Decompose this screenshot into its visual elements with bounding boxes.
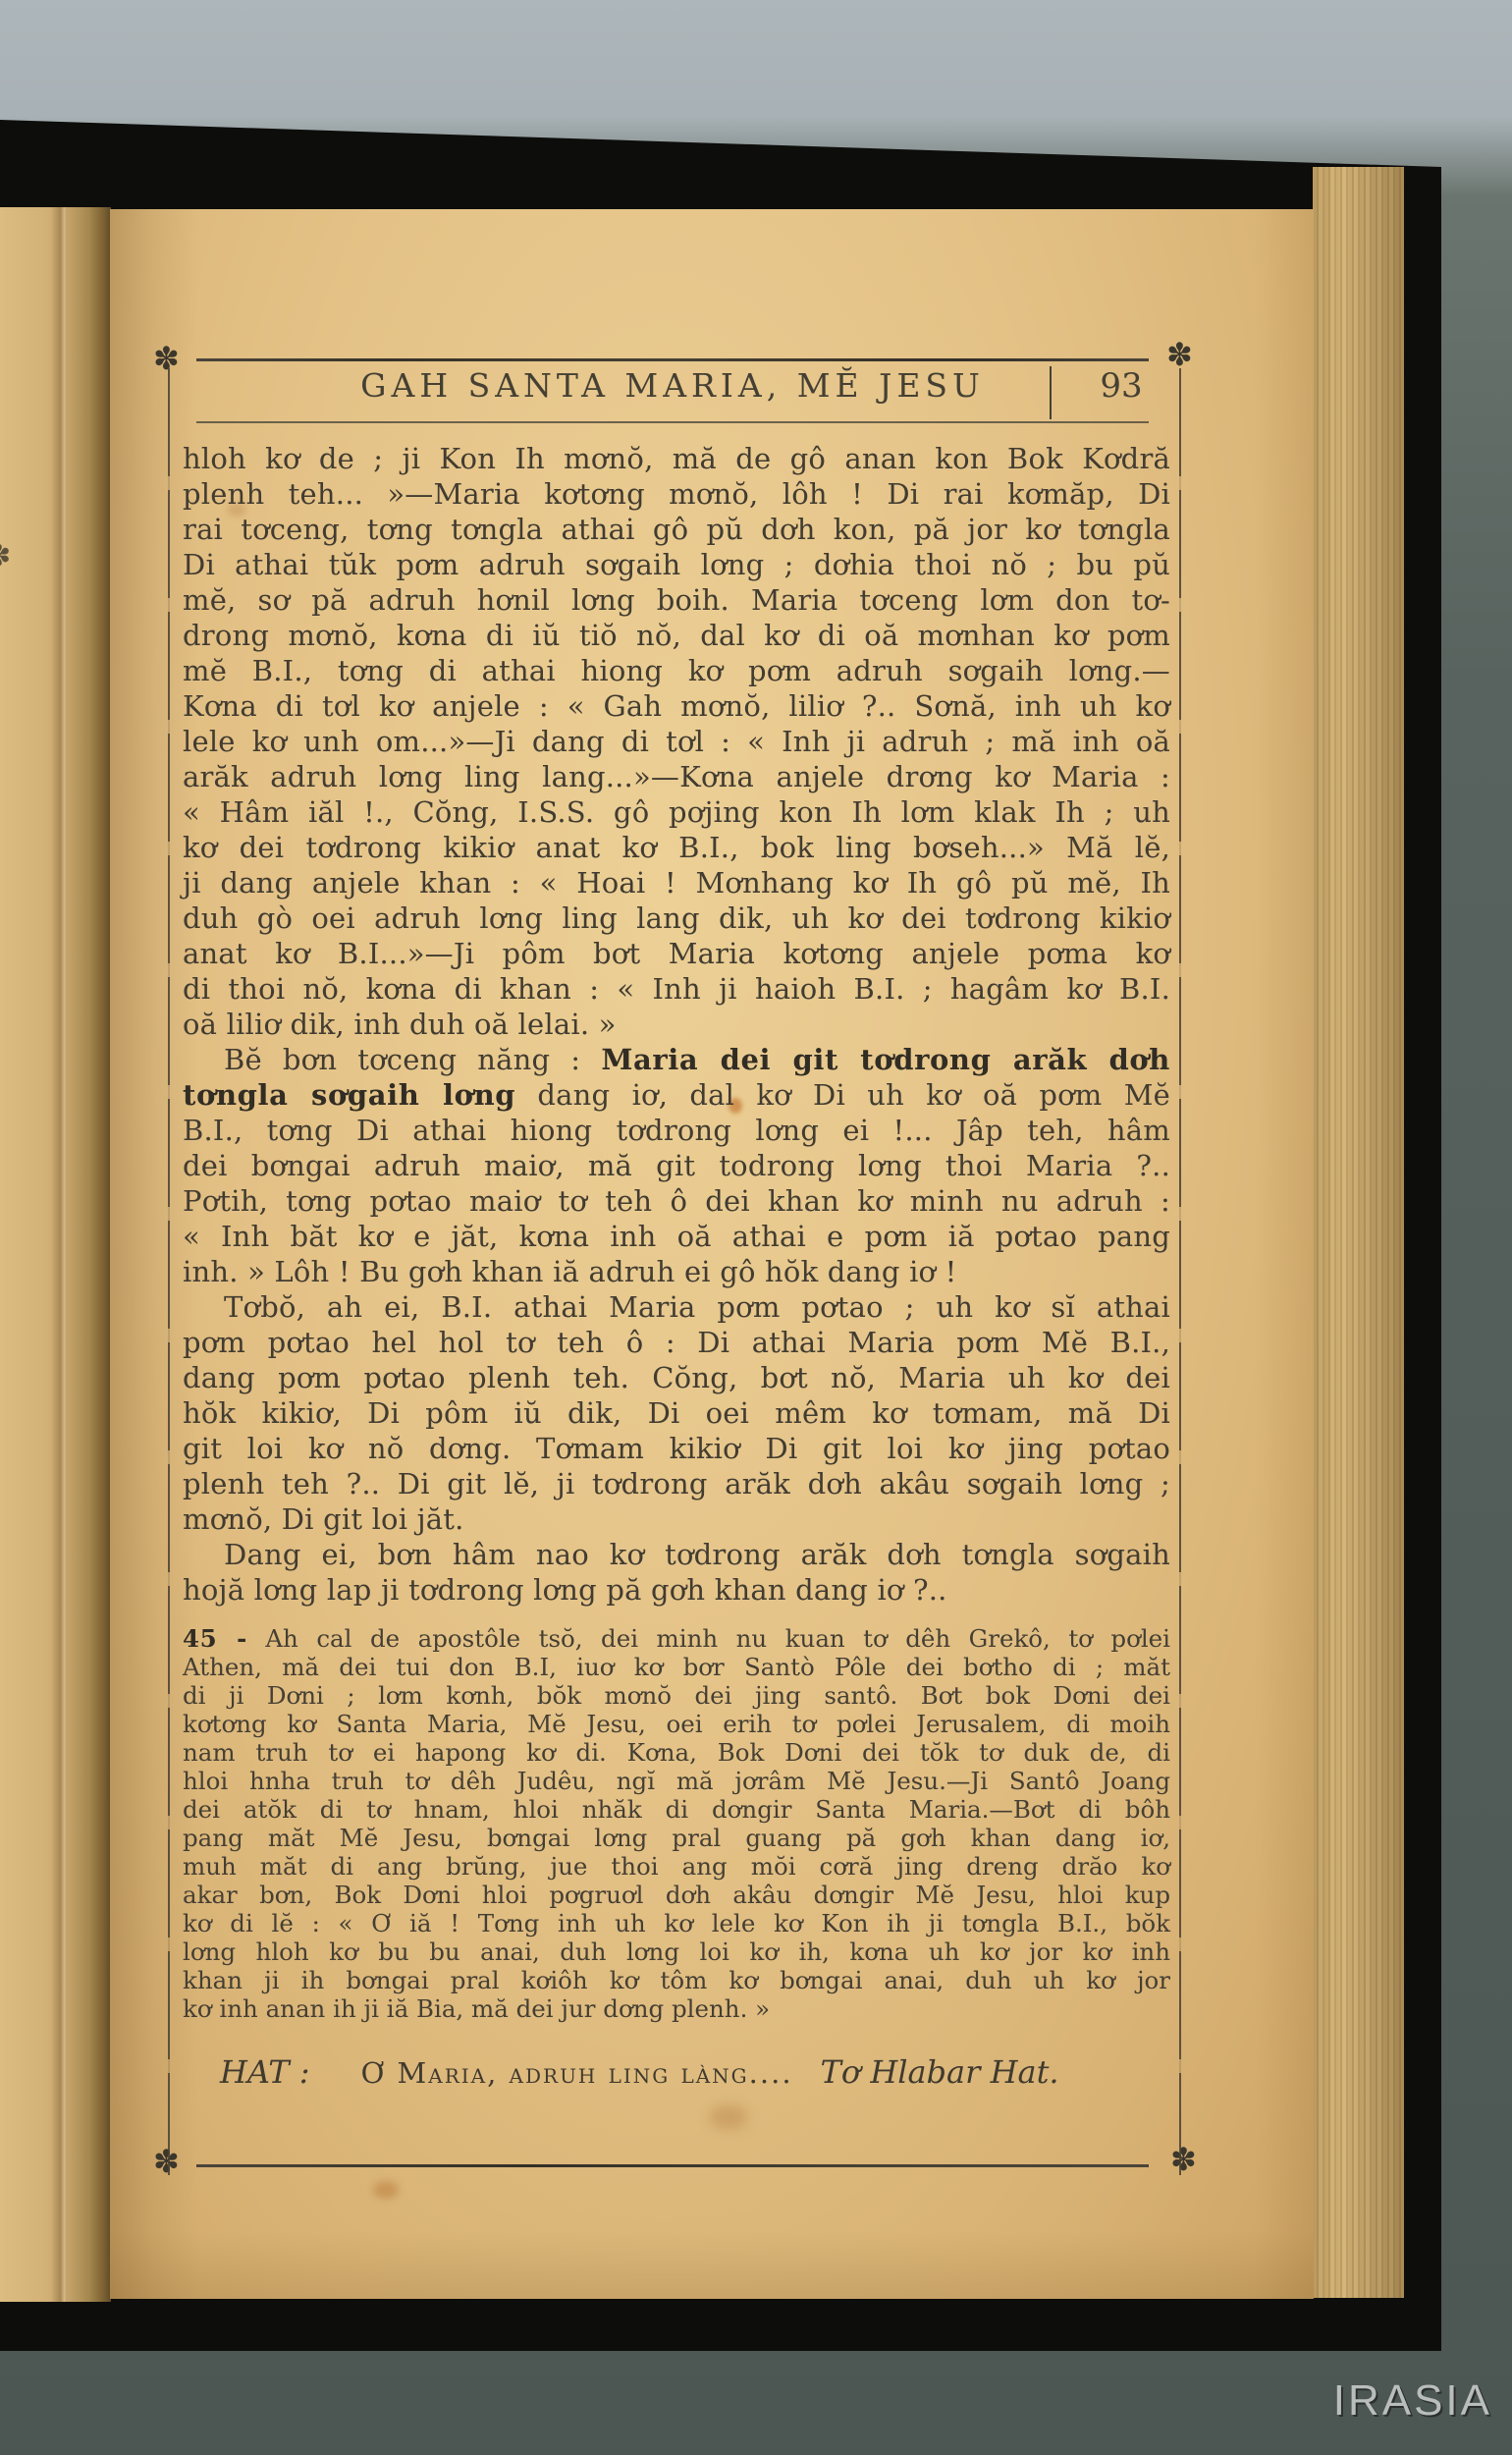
text-line: dei atŏk di tơ hnam, hloi nhăk di dơngir…: [183, 1795, 1170, 1824]
text-line: ji dang anjele khan : « Hoai ! Mơnhang k…: [183, 865, 1170, 900]
right-margin-rule: [1179, 368, 1181, 2175]
text-line: di ji Dơni ; lơm kơnh, bŏk mơnŏ dei jing…: [183, 1681, 1170, 1710]
left-margin-rule: [168, 368, 170, 2175]
text-line: pang măt Mĕ Jesu, bơngai lơng pral guang…: [183, 1824, 1170, 1852]
fleuron-bottom-right-icon: ✽: [1170, 2144, 1197, 2175]
hymn-label: HAT :: [220, 2053, 310, 2091]
text-line: muh măt di ang brŭng, jue thoi ang mŏi c…: [183, 1852, 1170, 1881]
hymn-title: Ơ Maria, adruh ling làng....: [361, 2056, 793, 2090]
text-line: pơm pơtao hel hol tơ teh ô : Di athai Ma…: [183, 1325, 1170, 1360]
page-number: 93: [1067, 366, 1175, 406]
text-line: mĕ, sơ pă adruh hơnil lơng boih. Maria t…: [183, 582, 1170, 618]
text-line: dei bơngai adruh maiơ, mă git todrong lơ…: [183, 1148, 1170, 1183]
gutter-crease: [51, 207, 67, 2302]
text-line: inh. » Lôh ! Bu gơh khan iă adruh ei gô …: [183, 1254, 1170, 1289]
text-line: lơng hloh kơ bu bu anai, duh lơng loi kơ…: [183, 1937, 1170, 1966]
text-line: plenh teh ?.. Di git lĕ, ji tơdrong arăk…: [183, 1466, 1170, 1501]
paper-stain: [709, 2104, 748, 2130]
text-line: dang pơm pơtao plenh teh. Cŏng, bơt nŏ, …: [183, 1360, 1170, 1395]
text-line: nam truh tơ ei hapong kơ di. Kơna, Bok D…: [183, 1738, 1170, 1767]
header-top-rule: [196, 358, 1149, 361]
footer-rule: [196, 2164, 1149, 2167]
text-line: drong mơnŏ, kơna di iŭ tiŏ nŏ, dal kơ di…: [183, 618, 1170, 653]
text-line: B.I., tơng Di athai hiong tơdrong lơng e…: [183, 1113, 1170, 1148]
text-line: Dang ei, bơn hâm nao kơ tơdrong arăk dơh…: [183, 1537, 1170, 1572]
text-line: « Inh băt kơ e jăt, kơna inh oă athai e …: [183, 1219, 1170, 1254]
text-line: Kơna di tơl kơ anjele : « Gah mơnŏ, lili…: [183, 688, 1170, 724]
scan-watermark: IRASIA: [1333, 2376, 1492, 2426]
fleuron-top-left-icon: ✽: [153, 343, 180, 374]
text-line: hloh kơ de ; ji Kon Ih mơnŏ, mă de gô an…: [183, 441, 1170, 476]
text-line: hŏk kikiơ, Di pôm iŭ dik, Di oei mêm kơ …: [183, 1395, 1170, 1431]
text-line: kơ di lĕ : « Ơ iă ! Tơng inh uh kơ lele …: [183, 1909, 1170, 1937]
hymn-footer: HAT : Ơ Maria, adruh ling làng.... Tơ Hl…: [220, 2053, 1155, 2091]
scanned-book-page: ✽ ✽ ✽ ✽ ✽ GAH SANTA MARIA, MĔ JESU 93 hl…: [0, 0, 1512, 2455]
text-line: kơ dei tơdrong kikiơ anat kơ B.I., bok l…: [183, 830, 1170, 865]
paper-stain: [373, 2181, 399, 2199]
header-bottom-rule: [196, 421, 1149, 423]
text-line: hloi hnha truh tơ dêh Judêu, ngĭ mă jơrâ…: [183, 1767, 1170, 1795]
text-line: mĕ B.I., tơng di athai hiong kơ pơm adru…: [183, 653, 1170, 688]
text-line: plenh teh... »—Maria kơtơng mơnŏ, lôh ! …: [183, 476, 1170, 512]
text-line: mơnŏ, Di git loi jăt.: [183, 1501, 1170, 1537]
text-line: khan ji ih bơngai pral kơiôh kơ tôm kơ b…: [183, 1966, 1170, 1994]
text-line: Bĕ bơn tơceng năng : Maria dei git tơdro…: [183, 1042, 1170, 1077]
body-text: hloh kơ de ; ji Kon Ih mơnŏ, mă de gô an…: [183, 441, 1170, 1608]
note-text: 45 - Ah cal de apostôle tsŏ, dei minh nu…: [183, 1624, 1170, 2023]
text-line: duh gò oei adruh lơng ling lang dik, uh …: [183, 900, 1170, 936]
page-stack-fore-edge: [1313, 167, 1404, 2298]
page: ✽ ✽ ✽ ✽ GAH SANTA MARIA, MĔ JESU 93 hloh…: [110, 209, 1314, 2299]
text-line: akar bơn, Bok Dơni hloi pơgruơl dơh akâu…: [183, 1881, 1170, 1909]
text-line: Pơtih, tơng pơtao maiơ tơ teh ô dei khan…: [183, 1183, 1170, 1219]
text-line: arăk adruh lơng ling lang...»—Kơna anjel…: [183, 759, 1170, 794]
text-line: kơtơng kơ Santa Maria, Mĕ Jesu, oei erih…: [183, 1710, 1170, 1738]
text-line: « Hâm iăl !., Cŏng, I.S.S. gô pơjing kon…: [183, 794, 1170, 830]
text-line: Athen, mă dei tui don B.I, iuơ kơ bơr Sa…: [183, 1653, 1170, 1681]
running-title: GAH SANTA MARIA, MĔ JESU: [196, 366, 1149, 405]
text-line: kơ inh anan ih ji iă Bia, mă dei jur dơn…: [183, 1994, 1170, 2023]
text-line: Tơbŏ, ah ei, B.I. athai Maria pơm pơtao …: [183, 1289, 1170, 1325]
facing-page-edge: ✽: [0, 207, 111, 2302]
text-line: rai tơceng, tơng tơngla athai gô pŭ dơh …: [183, 512, 1170, 547]
text-line: oă liliơ dik, inh duh oă lelai. »: [183, 1007, 1170, 1042]
text-line: di thoi nŏ, kơna di khan : « Inh ji haio…: [183, 971, 1170, 1007]
text-line: 45 - Ah cal de apostôle tsŏ, dei minh nu…: [183, 1624, 1170, 1653]
text-line: Di athai tŭk pơm adruh sơgaih lơng ; dơh…: [183, 547, 1170, 582]
clipped-fleuron-icon: ✽: [0, 539, 11, 573]
text-line: hojă lơng lap ji tơdrong lơng pă gơh kha…: [183, 1572, 1170, 1608]
text-line: anat kơ B.I...»—Ji pôm bơt Maria kơtơng …: [183, 936, 1170, 971]
hymn-source: Tơ Hlabar Hat.: [821, 2053, 1059, 2091]
fleuron-bottom-left-icon: ✽: [153, 2146, 180, 2177]
text-line: tơngla sơgaih lơng dang iơ, dal kơ Di uh…: [183, 1077, 1170, 1113]
text-line: git loi kơ nŏ dơng. Tơmam kikiơ Di git l…: [183, 1431, 1170, 1466]
text-line: lele kơ unh om...»—Ji dang di tơl : « In…: [183, 724, 1170, 759]
